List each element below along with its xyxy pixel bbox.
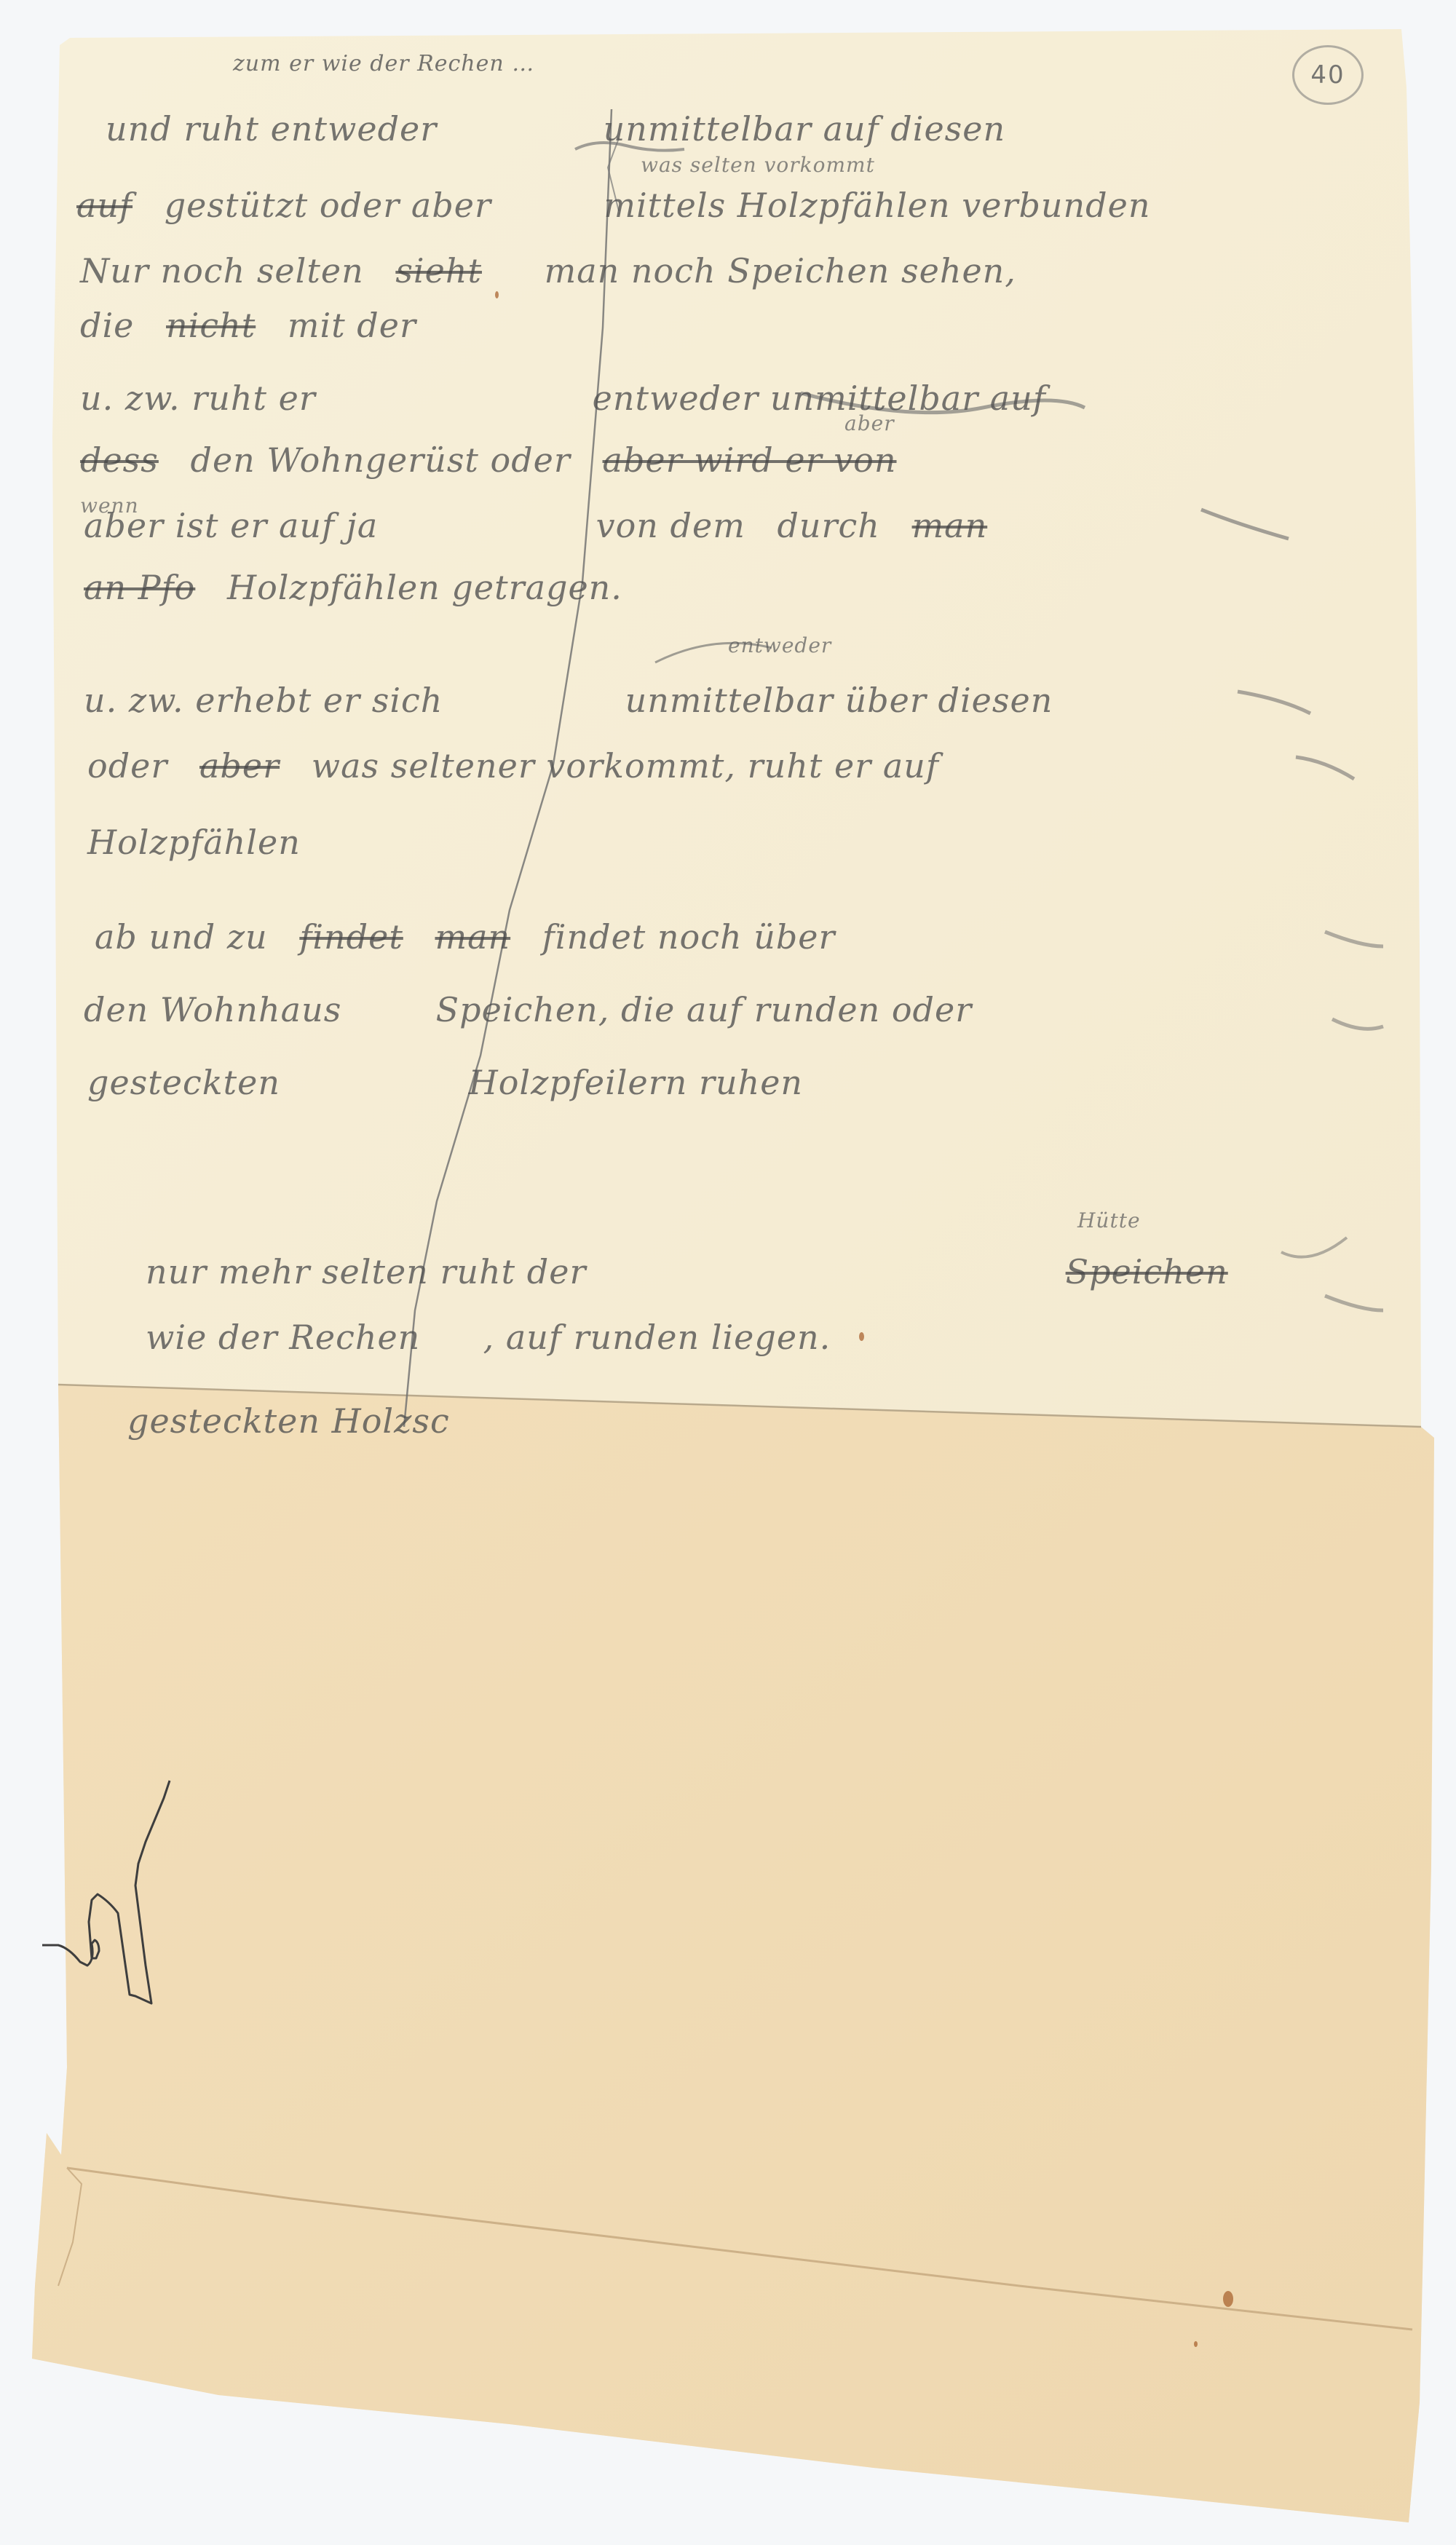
handwritten-line: dess den Wohngerüst oder aber wird er vo…: [80, 440, 917, 480]
interlinear-insertion: Hütte: [1077, 1208, 1141, 1232]
line-left-column: u. zw. erhebt er sich: [84, 681, 593, 720]
line-left-column: gestützt oder aber: [165, 186, 572, 225]
interlinear-insertion: aber: [844, 411, 895, 435]
struck-word: auf: [76, 186, 132, 225]
struck-word: findet: [299, 917, 403, 957]
struck-word: man: [912, 506, 988, 545]
struck-word: an Pfo: [84, 568, 195, 607]
handwritten-line: Holzpfählen: [87, 823, 301, 862]
handwritten-line: an Pfo Holzpfählen getragen.: [84, 568, 643, 607]
handwritten-line: gesteckten Holzpfeilern ruhen: [87, 1063, 823, 1102]
line-right-column: durch: [777, 506, 879, 545]
rust-stain: [1194, 2341, 1198, 2347]
handwritten-line: aber ist er auf ja von dem durch man: [84, 506, 1008, 545]
line-left-column: u. zw. ruht er: [80, 379, 561, 418]
line-left-column: ab und zu: [95, 917, 268, 957]
rust-stain: [1223, 2291, 1233, 2307]
line-right-column: unmittelbar auf diesen: [604, 109, 1006, 149]
handwritten-line: wie der Rechen , auf runden liegen.: [146, 1318, 851, 1357]
line-right-column: findet noch über: [542, 917, 836, 957]
line-left-column: oder: [87, 746, 167, 785]
handwritten-line: u. zw. ruht er entweder unmittelbar auf: [80, 379, 1067, 418]
rust-stain: [859, 1332, 864, 1341]
line-right-column: von dem: [596, 506, 745, 545]
line-left-column: Nur noch selten: [80, 251, 364, 290]
line-right-column: mittels Holzpfählen verbunden: [604, 186, 1150, 225]
line-right-column: , auf runden liegen.: [483, 1318, 831, 1357]
insertion-text: aber: [844, 411, 895, 435]
line-left-column: die: [80, 306, 134, 345]
page-number: 40: [1292, 45, 1364, 105]
handwritten-line: nur mehr selten ruht der Speichen: [146, 1252, 1249, 1291]
line-left-column: und ruht entweder: [106, 109, 571, 149]
line-left-column: gesteckten: [87, 1063, 437, 1102]
struck-word: sieht: [395, 251, 482, 290]
handwritten-line: u. zw. erhebt er sich unmittelbar über d…: [84, 681, 1073, 720]
line-left-column: Holzpfählen: [87, 823, 301, 862]
insertion-text: was selten vorkommt: [641, 153, 875, 177]
line-right-column: Holzpfeilern ruhen: [469, 1063, 803, 1102]
line-right-column: man noch Speichen sehen,: [545, 251, 1016, 290]
line-text: zum er wie der Rechen …: [233, 51, 534, 76]
line-text: gesteckten Holzsc: [127, 1401, 450, 1441]
line-left-column: mit der: [288, 306, 416, 345]
line-right-column: entweder unmittelbar auf: [593, 379, 1046, 418]
interlinear-insertion: was selten vorkommt: [641, 153, 875, 177]
line-left-column: nur mehr selten ruht der: [146, 1252, 1034, 1291]
handwritten-line: und ruht entweder unmittelbar auf diesen: [106, 109, 1026, 149]
insertion-text: entweder: [728, 633, 831, 657]
struck-word: aber wird er von: [603, 440, 897, 480]
line-right-column: unmittelbar über diesen: [625, 681, 1053, 720]
struck-word: Speichen: [1066, 1252, 1228, 1291]
handwritten-line: den Wohnhaus Speichen, die auf runden od…: [84, 990, 992, 1029]
line-left-column: aber ist er auf ja: [84, 506, 564, 545]
line-left-column: Holzpfählen getragen.: [227, 568, 622, 607]
handwritten-line: die nicht mit der: [80, 306, 437, 345]
interlinear-insertion: entweder: [728, 633, 831, 657]
handwritten-line: auf gestützt oder aber mittels Holzpfähl…: [76, 186, 1171, 225]
struck-word: man: [435, 917, 510, 957]
struck-word: dess: [80, 440, 159, 480]
line-right-column: was seltener vorkommt, ruht er auf: [312, 746, 939, 785]
upper-sheet: [52, 29, 1421, 1427]
handwritten-line: Nur noch selten sieht man noch Speichen …: [80, 251, 1037, 290]
handwritten-line: oder aber was seltener vorkommt, ruht er…: [87, 746, 960, 785]
line-left-column: den Wohnhaus: [84, 990, 404, 1029]
handwritten-line: ab und zu findet man findet noch über: [95, 917, 856, 957]
line-left-column: wie der Rechen: [146, 1318, 451, 1357]
handwritten-line: zum er wie der Rechen …: [233, 51, 534, 76]
handwritten-line: gesteckten Holzsc: [127, 1401, 450, 1441]
struck-word: nicht: [166, 306, 256, 345]
rust-stain: [495, 291, 499, 298]
insertion-text: Hütte: [1077, 1208, 1141, 1232]
line-left-column: den Wohngerüst oder: [191, 440, 571, 480]
line-right-column: Speichen, die auf runden oder: [436, 990, 973, 1029]
struck-word: aber: [199, 746, 280, 785]
